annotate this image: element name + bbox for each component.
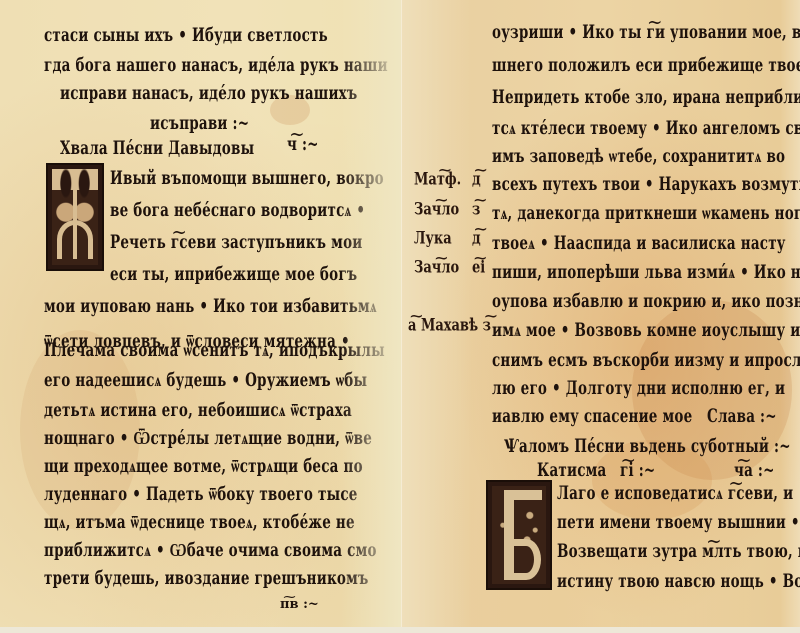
kathisma-number: г͠і :~ (620, 460, 655, 482)
text-line: снимъ есмъ въскорби иизму и ипрослав (492, 350, 800, 372)
margin-reference: Зач͠ло (414, 200, 459, 220)
slava-marker: Слава :~ (707, 406, 777, 428)
margin-number: з͠ (472, 200, 480, 220)
text-line: гда бога нашего нанасъ, иде́ла рукъ наши (44, 55, 388, 77)
text-line: Ивый въпомощи вышнего, вокро (110, 168, 384, 190)
text-line: щѧ, итъма ѿдеснице твоеѧ, ктобе́же не (44, 512, 355, 534)
text-line: мои иуповаю нань • Ико тои избавитьмѧ (44, 296, 377, 318)
text-line: исъправи :~ (150, 113, 249, 135)
text-line: приближитсѧ • Ѡбаче очима своима смо (44, 540, 377, 562)
margin-number: д͠ (472, 170, 481, 190)
right-page: оузриши • Ико ты г͠и уповании мое, вы шн… (401, 0, 800, 633)
margin-reference: а͠ Махавѣ з͠ (408, 316, 491, 336)
text-line: истину твою навсю нощь • Во (557, 571, 800, 593)
text-line: нощнаго • Ѿстре́лы летѧщие водни, ѿве (44, 428, 372, 450)
margin-number: д͠ (472, 229, 481, 249)
psalm-heading: Хвала Пе́сни Давыдовы (60, 138, 254, 160)
text-line: Возвещати зутра м͠лть твою, и (557, 541, 800, 563)
text-line: его надеешисѧ будешь • Оружиемъ ѡбы (44, 370, 367, 392)
text-line: Речеть г͠севи заступъникъ мои (110, 232, 362, 254)
text-line: луденнаго • Падеть ѿбоку твоего тысе (44, 484, 358, 506)
text-line: тѧ, данекогда приткнеши ѡкамень ногы (492, 203, 800, 225)
initial-ornament-icon (52, 169, 98, 265)
text-line: Непридеть ктобе зло, ирана неприближи (492, 87, 800, 109)
text-line: тсѧ кте́леси твоему • Ико ангеломъ сво (492, 118, 800, 140)
text-line: шнего положилъ еси прибежище твое • (492, 55, 800, 77)
text-line: оупова избавлю и покрию и, ико позна (492, 291, 800, 313)
text-line: стаси сыны ихъ • Ибуди светлость (44, 25, 328, 47)
text-line: твоеѧ • Нааспида и василиска насту (492, 233, 786, 255)
text-line: детьтѧ истина его, небоишисѧ ѿстраха (44, 400, 352, 422)
text-line: всехъ путехъ твои • Нарукахъ возмуть (492, 174, 800, 196)
margin-reference: Зач͠ло (414, 258, 459, 278)
folio-number: п͠в :~ (280, 597, 319, 612)
text-line: щи преходѧщее вотме, ѿстрѧщи беса по (44, 456, 363, 478)
text-line: ве бога небе́снаго водворитсѧ • (110, 200, 365, 222)
text-line: иавлю ему спасение мое (492, 406, 692, 428)
page-bottom-edge (0, 627, 800, 633)
book-spread: стаси сыны ихъ • Ибуди светлость гда бог… (0, 0, 800, 633)
text-line: имъ заповедѣ ѡтебе, сохранититѧ во (492, 146, 785, 168)
text-line: пиши, ипоперѣши льва изми́ѧ • Ико намѧ (492, 262, 800, 284)
text-line: трети будешь, ивоздание грешъникомъ (44, 568, 369, 590)
text-line: Лаго е исповедатисѧ г͠севи, и (557, 483, 793, 505)
text-line: лю его • Долготу дни исполню ег, и (492, 378, 785, 400)
text-line: еси ты, иприбежище мое богъ (110, 264, 357, 286)
margin-reference: Лука (414, 229, 452, 249)
margin-reference: Мат͠ф. (414, 170, 461, 190)
text-line: исправи нанасъ, иде́ло рукъ нашихъ (60, 83, 358, 105)
text-line: имѧ мое • Возвовь комне иоуслышу и, (492, 320, 800, 342)
margin-number: е͠і (472, 258, 485, 278)
kathisma-label: Катисма (537, 460, 607, 482)
initial-ornament-icon (492, 486, 546, 584)
text-line: оузриши • Ико ты г͠и уповании мое, вы (492, 22, 800, 44)
psalm-heading: Ѱаломъ Пе́сни вьдень суботный :~ (504, 436, 791, 458)
psalm-number: ч͠а :~ (734, 460, 775, 482)
ornamental-initial (46, 163, 104, 271)
ornamental-initial (486, 480, 552, 590)
text-line: пети имени твоему вышнии • (557, 512, 800, 534)
left-page: стаси сыны ихъ • Ибуди светлость гда бог… (0, 0, 401, 633)
psalm-number: ч͠ :~ (287, 134, 319, 156)
text-line: Плечама своима ѡсенитъ тѧ, иподъкрылы (44, 340, 385, 362)
